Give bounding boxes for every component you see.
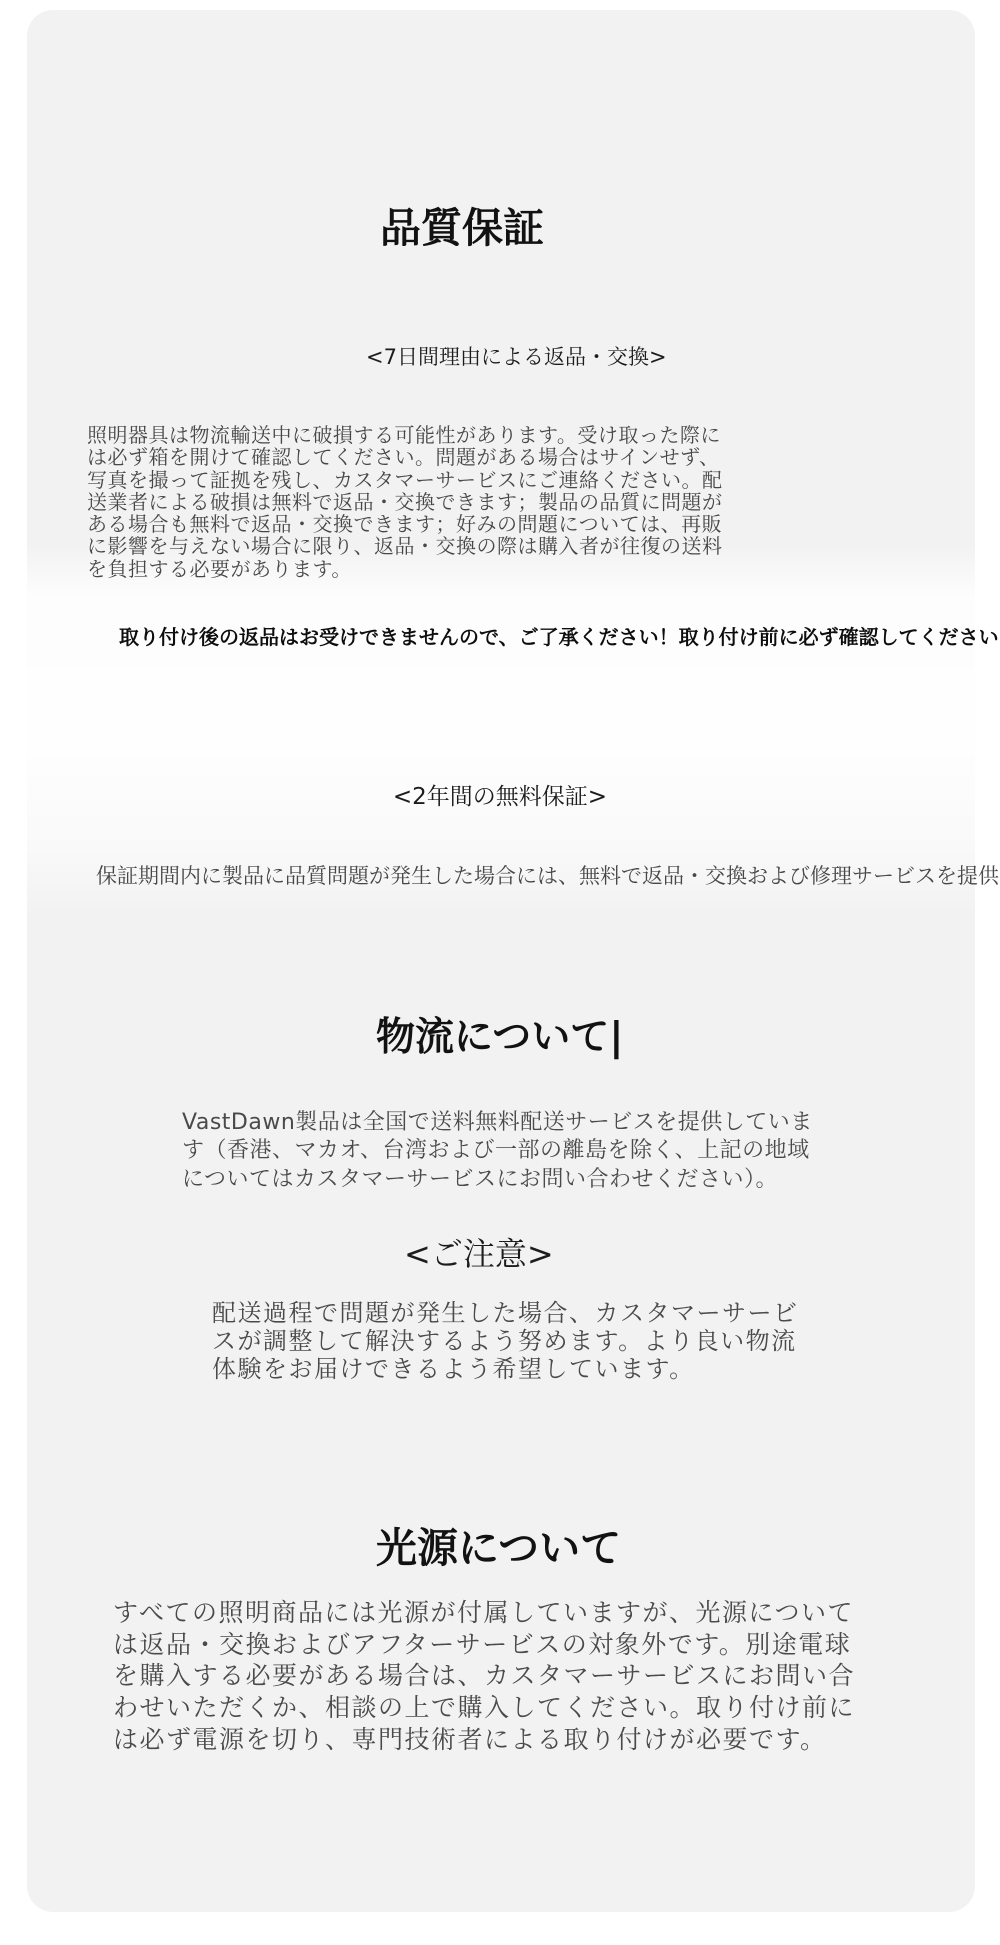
warranty-text: 保証期間内に製品に品質問題が発生した場合には、無料で返品・交換および修理サービス… xyxy=(96,860,999,890)
shipping-text: VastDawn製品は全国で送料無料配送サービスを提供していま す（香港、マカオ… xyxy=(182,1109,862,1194)
install-warning-text: 取り付け後の返品はお受けできませんので、ご了承ください！取り付け前に必ず確認して… xyxy=(119,621,1000,650)
notice-heading: <ご注意> xyxy=(404,1229,554,1275)
return-policy-text: 照明器具は物流輸送中に破損する可能性があります。受け取った際に は必ず箱を開けて… xyxy=(87,424,787,580)
light-source-title: 光源について xyxy=(376,1525,621,1572)
logistics-title: 物流について| xyxy=(376,1016,623,1061)
product-description-page: 品質保証 <7日間理由による返品・交換> 照明器具は物流輸送中に破損する可能性が… xyxy=(0,0,1000,1945)
notice-text: 配送過程で問題が発生した場合、カスタマーサービ スが調整して解決するよう努めます… xyxy=(212,1300,832,1383)
quality-guarantee-title: 品質保証 xyxy=(380,205,544,252)
return-policy-heading: <7日間理由による返品・交換> xyxy=(366,341,667,371)
light-source-text: すべての照明商品には光源が付属していますが、光源について は返品・交換およびアフ… xyxy=(113,1597,953,1756)
warranty-heading: <2年間の無料保証> xyxy=(0,778,1000,811)
